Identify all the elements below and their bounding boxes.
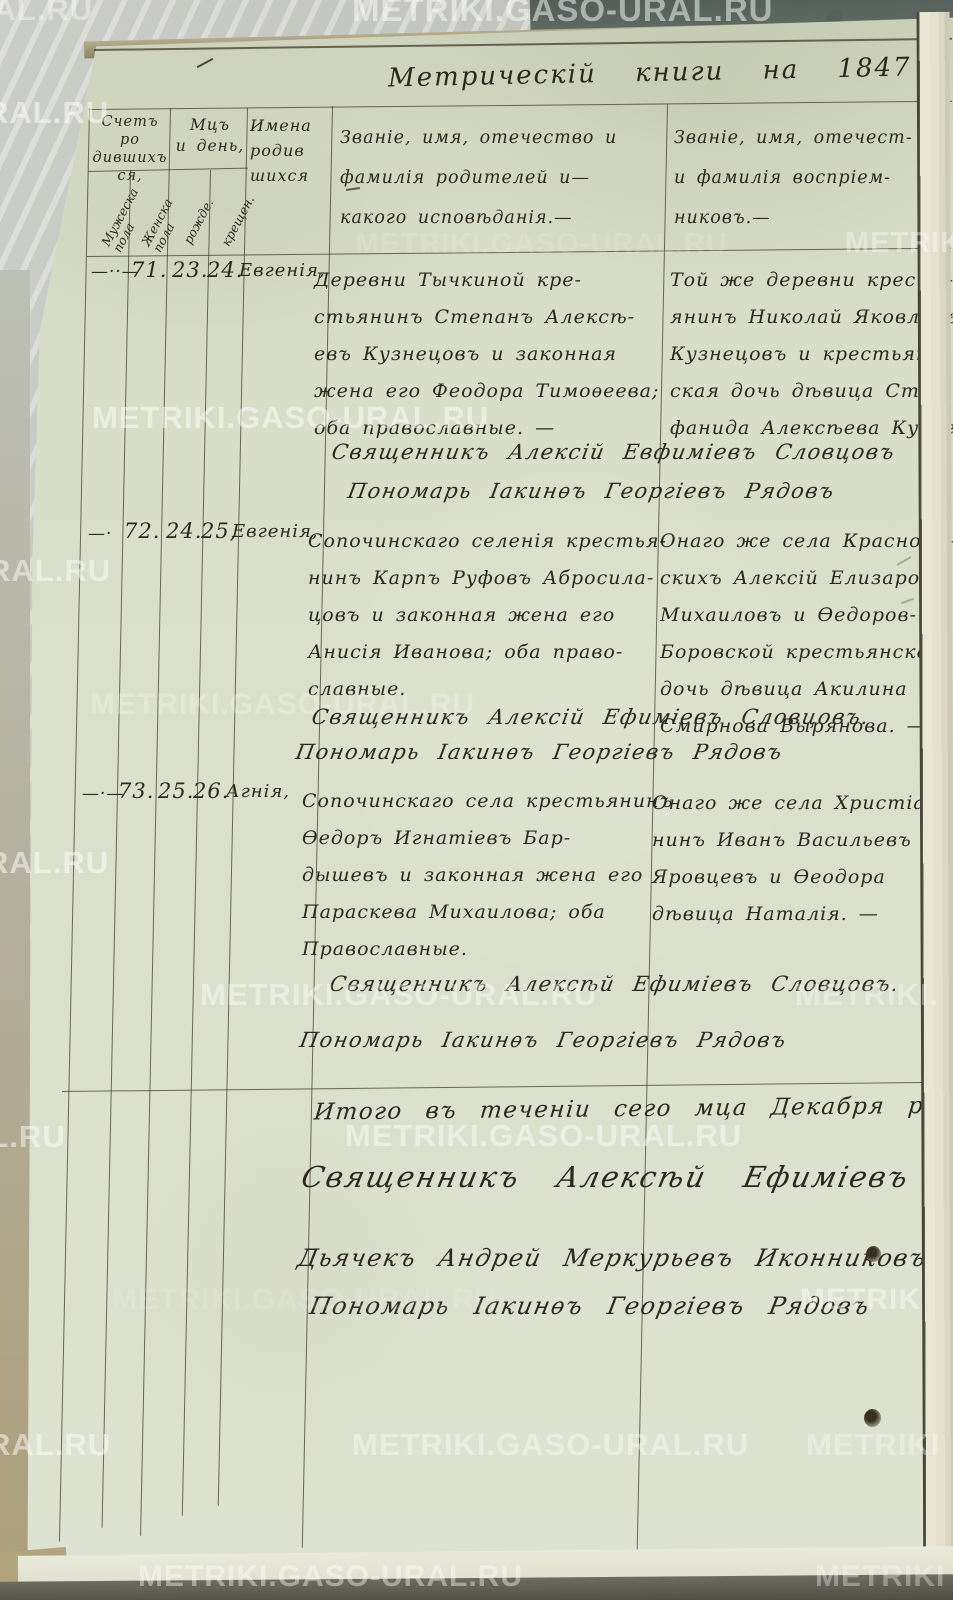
godparents-entry: Той же деревни кресть- янинъ Николай Яко… — [670, 262, 953, 447]
watermark-text: METRIKI.GASO-URAL.RU — [138, 1560, 523, 1594]
wormhole-spot — [866, 1246, 881, 1262]
child-name: Евгенія, — [239, 260, 326, 281]
watermark-text: METRIKI — [815, 1560, 945, 1594]
watermark-text: RAL.RU — [0, 553, 111, 589]
page-stack-edge-left — [0, 270, 30, 1570]
watermark-text: METRIKI — [845, 227, 953, 260]
born-day: 24. — [166, 519, 202, 543]
female-count: 72. — [124, 519, 160, 543]
godparents-entry: Онаго же села Христіа- нинъ Иванъ Василь… — [652, 785, 933, 933]
born-day: 25. — [158, 779, 194, 803]
sexton-signature: Пономарь Іакинѳъ Георгіевъ Рядовъ — [346, 479, 837, 503]
watermark-text: RAL.RU — [0, 0, 93, 28]
baptized-day: 24. — [207, 258, 243, 282]
watermark-text: METRIKI.GASO-URAL.RU — [112, 1283, 497, 1317]
header-parents: Званіе, имя, отечество и фамилія родител… — [340, 118, 617, 238]
watermark-text: METRIKI.GASO-URAL.RU — [355, 228, 728, 261]
female-count: 73. — [118, 779, 154, 803]
parents-entry: Сопочинскаго селенія крестья- нинъ Карпъ… — [308, 523, 667, 708]
priest-signature: Священникъ Алексѣй Ефиміевъ Словцовъ. — [298, 1160, 953, 1194]
wormhole-spot — [864, 1409, 881, 1427]
sexton-signature: Пономарь Іакинѳъ Георгіевъ Рядовъ — [298, 1028, 789, 1052]
scanned-metrical-book-page: Метрическій книги на 1847 = Счетъ ро див… — [0, 0, 953, 1600]
watermark-text: RAL.RU — [0, 95, 109, 131]
watermark-text: RAL.RU — [0, 845, 109, 881]
parents-entry: Сопочинскаго села крестьянинъ Ѳедоръ Игн… — [302, 783, 673, 968]
watermark-text: METRIKI.GASO-URAL.RU — [352, 0, 773, 29]
watermark-text: METRIKI.GASO-URAL.RU — [200, 977, 597, 1013]
header-month-day: Мцъ и день, — [172, 115, 248, 157]
deacon-signature: Дьячекъ Андрей Меркурьевъ Иконниковъ — [295, 1244, 929, 1272]
male-count: —· — [88, 524, 112, 544]
born-day: 23. — [172, 258, 208, 282]
watermark-text: METRIKI.GASO-URAL.RU — [345, 1118, 742, 1154]
child-name: Агнія, — [226, 781, 290, 802]
header-godparents: Званіе, имя, отечест- и фамилія воспріем… — [674, 118, 913, 238]
priest-signature: Священникъ Алексій Евфиміевъ Словцовъ — [330, 440, 897, 464]
watermark-text: METRIKI.GASO-URAL.RU — [92, 400, 489, 436]
watermark-text: METRIKI — [806, 1427, 940, 1463]
watermark-text: METRIKI.GASO-URAL.RU — [352, 1427, 749, 1463]
baptized-day: 26. — [193, 779, 229, 803]
child-name: Евгенія, — [232, 521, 319, 542]
watermark-text: RAL.RU — [0, 1427, 111, 1463]
watermark-text: AL.RU — [0, 1119, 66, 1155]
watermark-text: METRIKI.GASO-URAL.RU — [90, 688, 475, 722]
female-count: 71. — [131, 258, 167, 282]
watermark-text: METRIK — [800, 1283, 921, 1317]
header-names: Имена родив шихся — [250, 113, 332, 188]
watermark-text: METRIKI. — [795, 977, 939, 1013]
sexton-signature: Пономарь Іакинѳъ Георгіевъ Рядовъ — [294, 740, 785, 764]
